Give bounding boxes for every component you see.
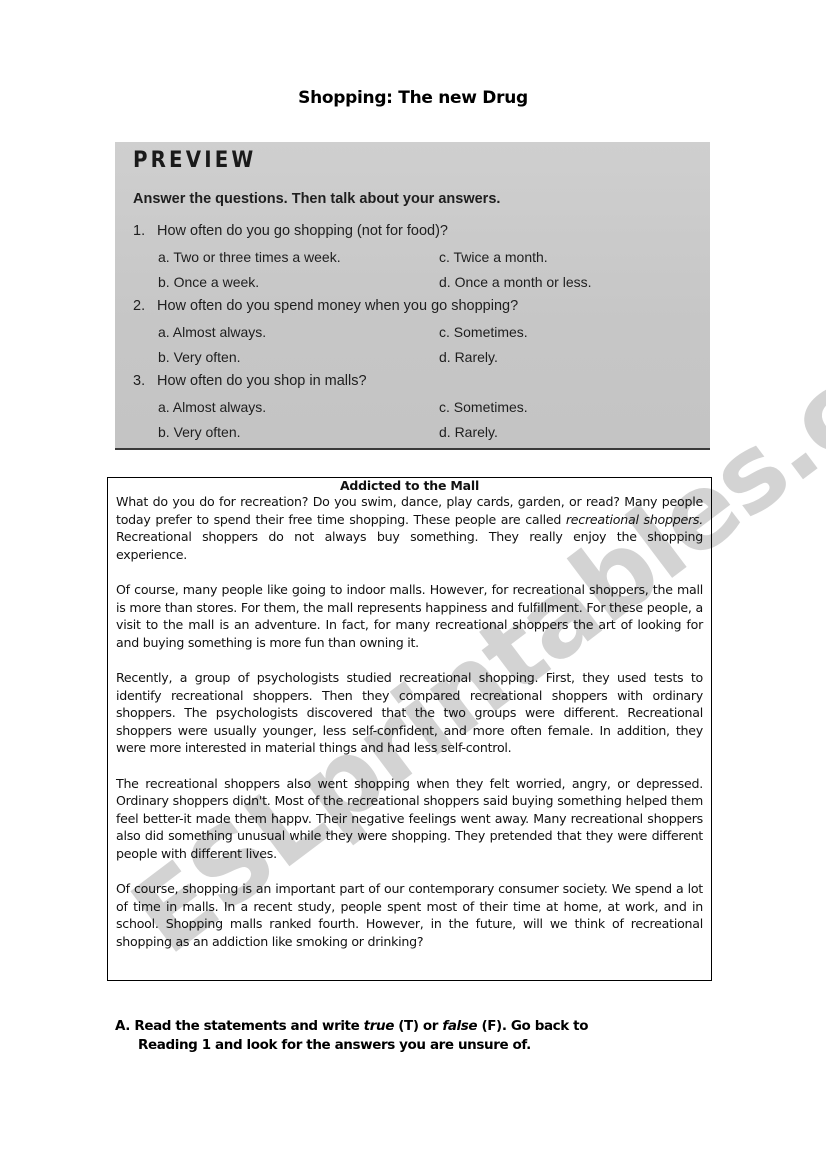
option: a. Almost always. [158, 324, 266, 340]
question-text: How often do you shop in malls? [157, 373, 367, 389]
task-line-2: Reading 1 and look for the answers you a… [115, 1036, 675, 1055]
reading-paragraph-1: What do you do for recreation? Do you sw… [116, 493, 703, 563]
text: Read the statements and write [130, 1018, 364, 1034]
option: d. Rarely. [439, 424, 498, 440]
text: Recreational shoppers do not always buy … [116, 529, 703, 562]
reading-paragraph-4: The recreational shoppers also went shop… [116, 775, 703, 863]
question-1: 1.How often do you go shopping (not for … [133, 223, 448, 239]
option: d. Once a month or less. [439, 274, 592, 290]
option: c. Sometimes. [439, 324, 528, 340]
task-instructions: A. Read the statements and write true (T… [115, 1017, 675, 1055]
preview-instructions: Answer the questions. Then talk about yo… [133, 191, 500, 207]
preview-heading: PREVIEW [133, 148, 256, 173]
page-title: Shopping: The new Drug [0, 88, 826, 108]
reading-box: Addicted to the Mall What do you do for … [107, 477, 712, 981]
option: a. Two or three times a week. [158, 249, 341, 265]
option: a. Almost always. [158, 399, 266, 415]
text: (T) or [394, 1018, 442, 1034]
option: c. Twice a month. [439, 249, 548, 265]
question-number: 2. [133, 298, 157, 314]
question-number: 3. [133, 373, 157, 389]
text: (F). Go back to [477, 1018, 588, 1034]
reading-paragraph-5: Of course, shopping is an important part… [116, 880, 703, 950]
question-3: 3.How often do you shop in malls? [133, 373, 367, 389]
task-label: A. [115, 1018, 130, 1034]
reading-title: Addicted to the Mall [116, 478, 703, 493]
question-text: How often do you spend money when you go… [157, 298, 518, 314]
option: d. Rarely. [439, 349, 498, 365]
reading-paragraph-3: Recently, a group of psychologists studi… [116, 669, 703, 757]
question-number: 1. [133, 223, 157, 239]
question-2: 2.How often do you spend money when you … [133, 298, 518, 314]
question-text: How often do you go shopping (not for fo… [157, 223, 448, 239]
option: b. Very often. [158, 349, 241, 365]
false-word: false [442, 1018, 477, 1034]
option: b. Once a week. [158, 274, 259, 290]
preview-box: PREVIEW Answer the questions. Then talk … [115, 142, 710, 450]
option: c. Sometimes. [439, 399, 528, 415]
true-word: true [364, 1018, 394, 1034]
italic-term: recreational shoppers. [566, 512, 703, 527]
reading-paragraph-2: Of course, many people like going to ind… [116, 581, 703, 651]
option: b. Very often. [158, 424, 241, 440]
